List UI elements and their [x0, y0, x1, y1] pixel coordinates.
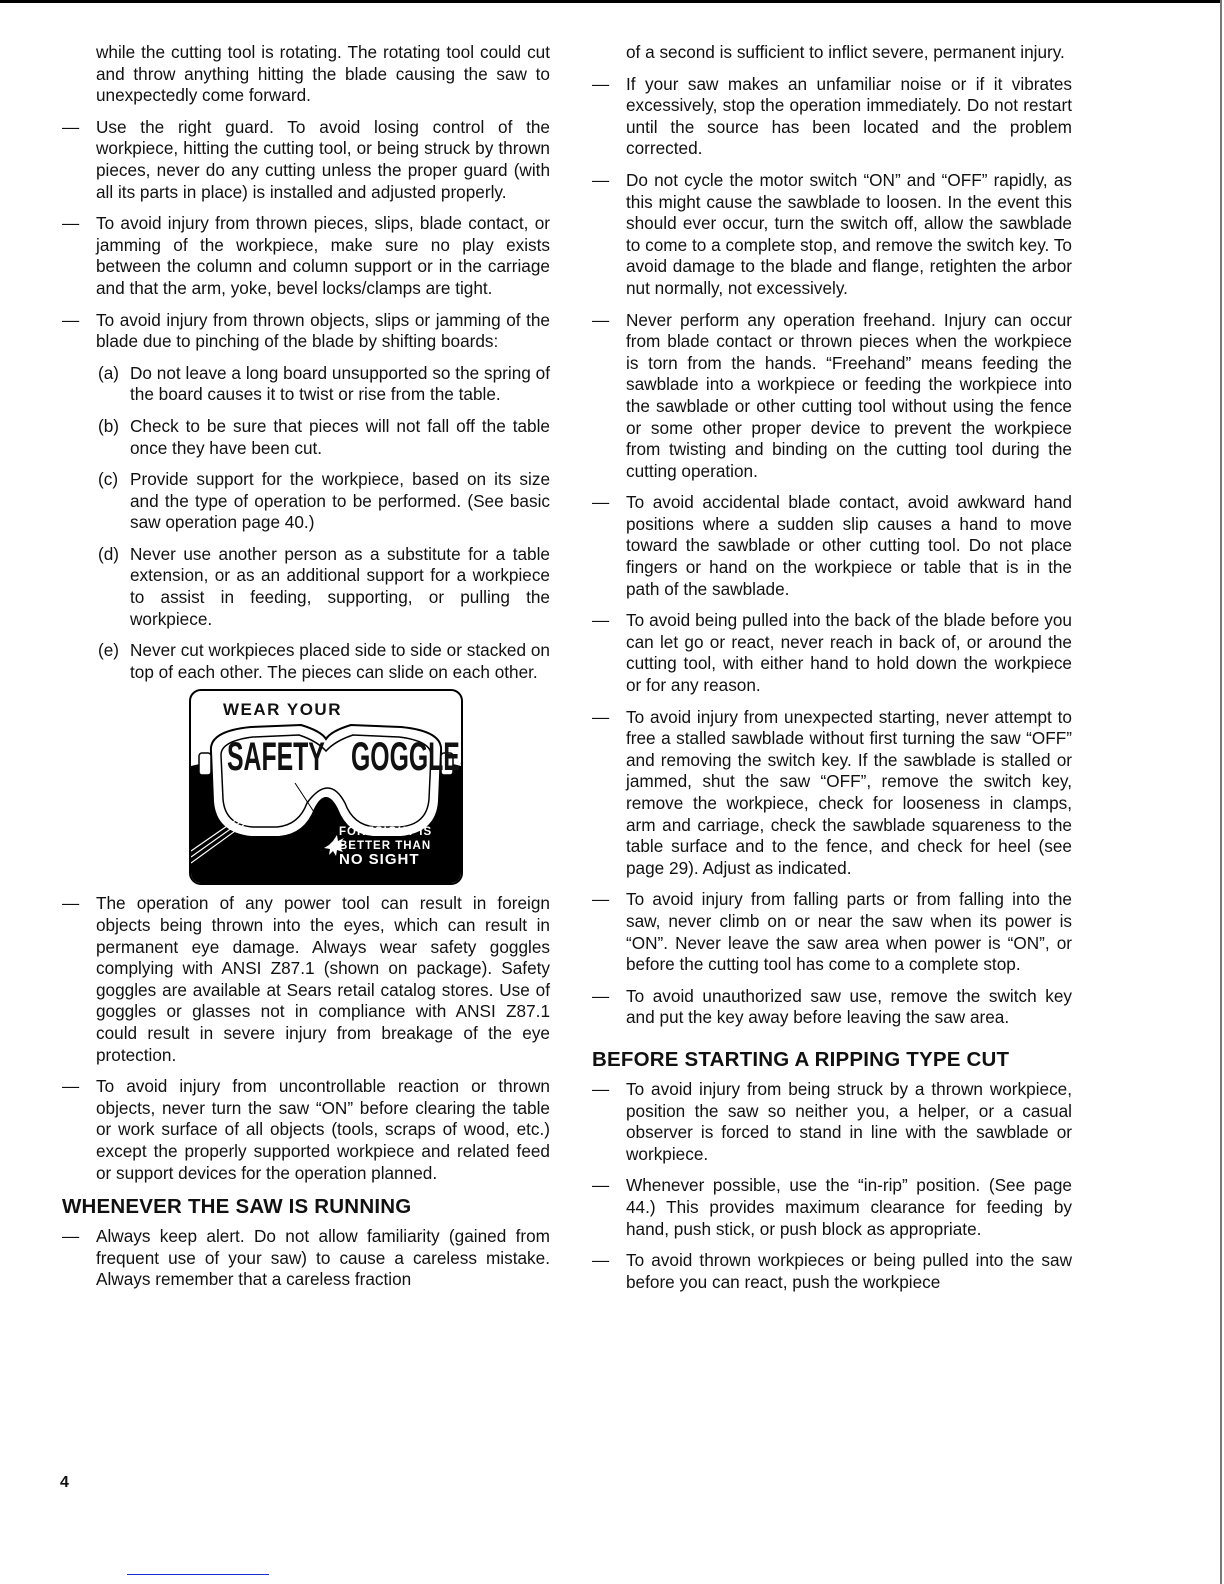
sub-list-item: (d) Never use another person as a substi… [62, 544, 550, 630]
sub-item-letter: (a) [98, 363, 119, 385]
sub-list-item: (e) Never cut workpieces placed side to … [62, 640, 550, 683]
section-heading-saw-running: WHENEVER THE SAW IS RUNNING [62, 1194, 550, 1220]
page-right-border [1220, 0, 1222, 1584]
list-item: — To avoid unauthorized saw use, remove … [592, 986, 1072, 1029]
sub-list-item: (b) Check to be sure that pieces will no… [62, 416, 550, 459]
dash-bullet-icon: — [62, 1076, 79, 1098]
list-item: — To avoid thrown workpieces or being pu… [592, 1250, 1072, 1293]
dash-bullet-icon: — [592, 170, 609, 192]
list-item: — To avoid injury from thrown objects, s… [62, 310, 550, 353]
sub-list-item: (c) Provide support for the workpiece, b… [62, 469, 550, 534]
list-item: — The operation of any power tool can re… [62, 893, 550, 1066]
page-number: 4 [60, 1474, 69, 1492]
dash-bullet-icon: — [62, 310, 79, 332]
goggles-word: GOGGLES [351, 747, 463, 769]
dash-bullet-icon: — [592, 1079, 609, 1101]
dash-bullet-icon: — [592, 310, 609, 332]
dash-bullet-icon: — [62, 213, 79, 235]
right-column: of a second is sufficient to inflict sev… [592, 42, 1072, 1303]
safety-slogan: FORESIGHT IS BETTER THAN NO SIGHT [339, 825, 432, 867]
blue-underline-rule [127, 1574, 269, 1575]
list-item: — To avoid injury from falling parts or … [592, 889, 1072, 975]
dash-bullet-icon: — [592, 1250, 609, 1272]
page-top-border [0, 0, 1222, 3]
dash-bullet-icon: — [592, 707, 609, 729]
dash-bullet-icon: — [62, 117, 79, 139]
wear-your-label: WEAR YOUR [223, 699, 342, 721]
sub-item-letter: (e) [98, 640, 119, 662]
dash-bullet-icon: — [592, 986, 609, 1008]
list-item: — To avoid accidental blade contact, avo… [592, 492, 1072, 600]
dash-bullet-icon: — [592, 74, 609, 96]
sub-item-letter: (c) [98, 469, 118, 491]
list-item: — To avoid injury from being struck by a… [592, 1079, 1072, 1165]
list-item: — To avoid injury from uncontrollable re… [62, 1076, 550, 1184]
dash-bullet-icon: — [592, 889, 609, 911]
list-item: — To avoid injury from thrown pieces, sl… [62, 213, 550, 299]
sub-list-item: (a) Do not leave a long board unsupporte… [62, 363, 550, 406]
list-item: — If your saw makes an unfamiliar noise … [592, 74, 1072, 160]
list-item: — Always keep alert. Do not allow famili… [62, 1226, 550, 1291]
dash-bullet-icon: — [592, 1175, 609, 1197]
dash-bullet-icon: — [592, 492, 609, 514]
continued-paragraph: while the cutting tool is rotating. The … [62, 42, 550, 107]
continued-paragraph: of a second is sufficient to inflict sev… [592, 42, 1072, 64]
dash-bullet-icon: — [592, 610, 609, 632]
dash-bullet-icon: — [62, 1226, 79, 1248]
list-item: — Whenever possible, use the “in-rip” po… [592, 1175, 1072, 1240]
list-item: — To avoid injury from unexpected starti… [592, 707, 1072, 880]
list-item: — Never perform any operation freehand. … [592, 310, 1072, 483]
safety-word: SAFETY [227, 747, 325, 769]
list-item: — To avoid being pulled into the back of… [592, 610, 1072, 696]
list-item: — Use the right guard. To avoid losing c… [62, 117, 550, 203]
left-column: while the cutting tool is rotating. The … [62, 42, 550, 1301]
list-item: — Do not cycle the motor switch “ON” and… [592, 170, 1072, 300]
sub-item-letter: (b) [98, 416, 119, 438]
safety-goggles-graphic: WEAR YOUR SAFETY GOGGLES FORESIGHT IS BE… [189, 689, 463, 885]
sub-item-letter: (d) [98, 544, 119, 566]
section-heading-ripping-cut: BEFORE STARTING A RIPPING TYPE CUT [592, 1047, 1072, 1073]
dash-bullet-icon: — [62, 893, 79, 915]
